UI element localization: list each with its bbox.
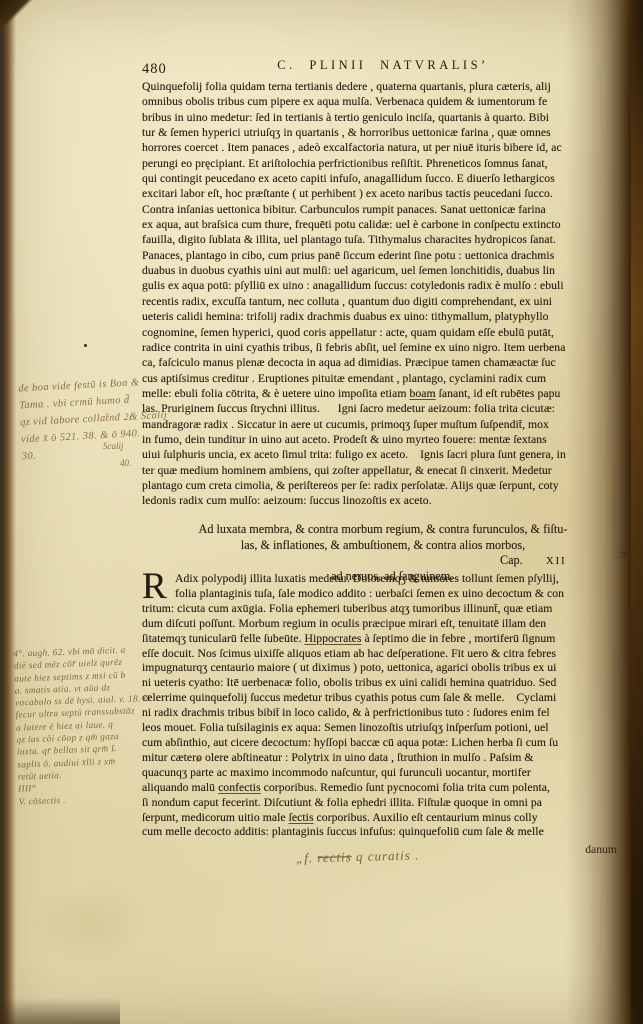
text-line: Panaces, plantago in cibo, cum prius pan… xyxy=(142,248,624,263)
text-line: cus aptiſsimus creditur . Eruptiones pit… xyxy=(142,371,624,386)
text-line: tur & ſemen hyperici utriuſqʒ in quartan… xyxy=(142,125,624,140)
running-title: C. PLINII NATVRALIS’ xyxy=(142,58,624,73)
book-page-scan: 480 C. PLINII NATVRALIS’ Quinquefolij fo… xyxy=(0,0,643,1024)
handwritten-side-mark-3: 40. xyxy=(120,458,131,468)
text-line: horrores coercet . Item panaces , adeò e… xyxy=(142,140,624,155)
text-line: folia plantaginis tuſa, ſale modico addi… xyxy=(142,587,624,602)
text-line: eſſe docuit. Nos ſcimus uixiſſe aliquos … xyxy=(142,647,624,662)
bottom-note-rest: q curatis . xyxy=(352,847,420,864)
text-line: ni radix drachmis tribus bibit̄ in loco … xyxy=(142,706,624,721)
handwritten-bottom-note: „f. rectis q curatis . xyxy=(296,847,420,866)
bottom-note-prefix: „f. xyxy=(296,850,318,866)
text-line: in fumo, dein tunditur in uino aut aceto… xyxy=(142,432,624,447)
text-line: Contra inſanias uettonica bibitur. Carbu… xyxy=(142,202,624,217)
top-left-cover-corner xyxy=(0,0,36,36)
chapter-heading-line2: las, & inflationes, & ambuſtionem, & con… xyxy=(142,538,624,554)
text-line: perungi eo pręcipiant. Et ariſtolochia p… xyxy=(142,156,624,171)
text-line: gulis ex aqua potū: pſylliū ex uino : an… xyxy=(142,278,624,293)
text-line: impugnaturqʒ centaurio maiore ( ut dixim… xyxy=(142,661,624,676)
handwritten-side-mark-2: Scalij xyxy=(103,441,124,451)
text-line: plantago cum creta cimolia, & periſtereo… xyxy=(142,478,624,493)
handwritten-margin-note-upper: de boa vide festū is Boa &Tama . vbi crm… xyxy=(18,372,192,466)
main-text-paragraph-2: R Adix polypodij illita luxatis medetur.… xyxy=(142,572,624,840)
text-line: leos mouet. Folia tuſsilaginis ex aqua: … xyxy=(142,721,624,736)
text-line: mitur cætero olere abſtineatur : Polytri… xyxy=(142,751,624,766)
ink-speck xyxy=(196,757,200,762)
text-line: omnibus obolis tribus cum pipere ex aqua… xyxy=(142,94,624,109)
text-line: tritum: cicuta cum axūgia. Folia ephemer… xyxy=(142,602,624,617)
text-line: mandragoræ radix . Siccatur in aere ut c… xyxy=(142,417,624,432)
text-line: uiui ſulphuris uncia, ex aceto ſimul tri… xyxy=(142,447,624,462)
text-line: radice contrita in uini cyathis tribus, … xyxy=(142,340,624,355)
text-line: ledonis radix cum mulſo: aeizoum: ſuccus… xyxy=(142,493,624,508)
text-line: duabus in duobus cyathis uini aut mulſi:… xyxy=(142,263,624,278)
text-line: recentis radix, excuſſa tantum, nec coll… xyxy=(142,294,624,309)
text-line: ex aqua, aut braſsica cum thure, frequēt… xyxy=(142,217,624,232)
text-line: Quinquefolij folia quidam terna tertiani… xyxy=(142,79,624,94)
text-line: ſi nondum caput fecerint. Diſcutiunt & f… xyxy=(142,796,624,811)
text-line: ni ueteris cyatho: Itē uerbenacæ folio, … xyxy=(142,676,624,691)
margin-line-number: 30 xyxy=(619,550,628,560)
text-line: cum melle decocto additis: plantaginis ſ… xyxy=(142,825,624,840)
handwritten-side-mark-1: 2: xyxy=(124,412,132,422)
text-line: quacunqʒ parte ac maximo incommodo naſcu… xyxy=(142,766,624,781)
catchword: danum xyxy=(545,843,617,856)
bottom-note-struck-word: rectis xyxy=(317,849,352,865)
text-line: fauilla, digito ſublata & illita, uel pl… xyxy=(142,232,624,247)
main-text-paragraph-1: Quinquefolij folia quidam terna tertiani… xyxy=(142,79,624,509)
chapter-number: XII xyxy=(546,554,567,570)
ink-speck xyxy=(84,344,87,347)
text-line: qui contingit peucedano ex aceto capiti … xyxy=(142,171,624,186)
handwritten-margin-note-lower: 4°. augh. 62. vbi mō dicit. adiē sed mēz… xyxy=(13,643,168,808)
text-line: excitari labor eſt, hoc præſtante ( ut p… xyxy=(142,186,624,201)
paper-stain xyxy=(30,880,150,970)
text-line: melle: ebuli folia cōtrita, & è uetere u… xyxy=(142,386,624,401)
text-line: ueteris calidi hemina: trifolij radix dr… xyxy=(142,309,624,324)
text-line: ſitatemqʒ tunicularū felle ſubeūte. Hipp… xyxy=(142,632,624,647)
bottom-left-shadow xyxy=(0,998,120,1024)
text-line: ſerpunt, medicorum uitio male ſectis cor… xyxy=(142,811,624,826)
ink-speck xyxy=(489,139,491,141)
drop-cap: R xyxy=(142,573,169,601)
text-line: cum abſinthio, aut cicere decoctum: hyſſ… xyxy=(142,736,624,751)
left-page-edge xyxy=(0,0,16,1024)
chapter-heading-line1: Ad luxata membra, & contra morbum regium… xyxy=(142,522,624,538)
text-line: las. Pruriginem ſuccus ſtrychni illitus.… xyxy=(142,401,624,416)
text-line: celerrime quinquefolij ſuccus medetur tr… xyxy=(142,691,624,706)
page-header: 480 C. PLINII NATVRALIS’ xyxy=(142,58,624,78)
text-line: bribus in uino medetur: ſed in tertianis… xyxy=(142,110,624,125)
chapter-cap-label: Cap. xyxy=(500,553,523,569)
text-line: ter quæ medium hominem ambiens, qui zoſt… xyxy=(142,463,624,478)
text-line: aliquando malū confectis corporibus. Rem… xyxy=(142,781,624,796)
text-line: dum diſcuti poſſunt. Morbum regium in oc… xyxy=(142,617,624,632)
book-spine-edge xyxy=(631,0,643,1024)
text-line: cognomine, ſemen hyperici, quod coris ap… xyxy=(142,325,624,340)
text-line: ca, faſciculo manus plenæ decocta in aqu… xyxy=(142,355,624,370)
paragraph-2-lines: Adix polypodij illita luxatis medetur. D… xyxy=(142,572,624,840)
text-line: Adix polypodij illita luxatis medetur. D… xyxy=(142,572,624,587)
